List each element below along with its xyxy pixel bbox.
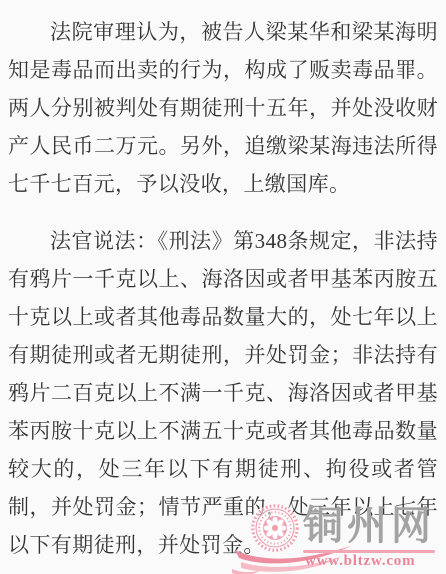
paragraph-judge-explanation: 法官说法：《刑法》第348条规定，非法持有鸦片一千克以上、海洛因或者甲基苯丙胺五…	[8, 222, 438, 564]
paragraph-court-ruling: 法院审理认为，被告人梁某华和梁某海明知是毒品而出卖的行为，构成了贩卖毒品罪。两人…	[8, 13, 438, 203]
article-body: 法院审理认为，被告人梁某华和梁某海明知是毒品而出卖的行为，构成了贩卖毒品罪。两人…	[0, 0, 446, 564]
article-page: 法院审理认为，被告人梁某华和梁某海明知是毒品而出卖的行为，构成了贩卖毒品罪。两人…	[0, 0, 446, 574]
